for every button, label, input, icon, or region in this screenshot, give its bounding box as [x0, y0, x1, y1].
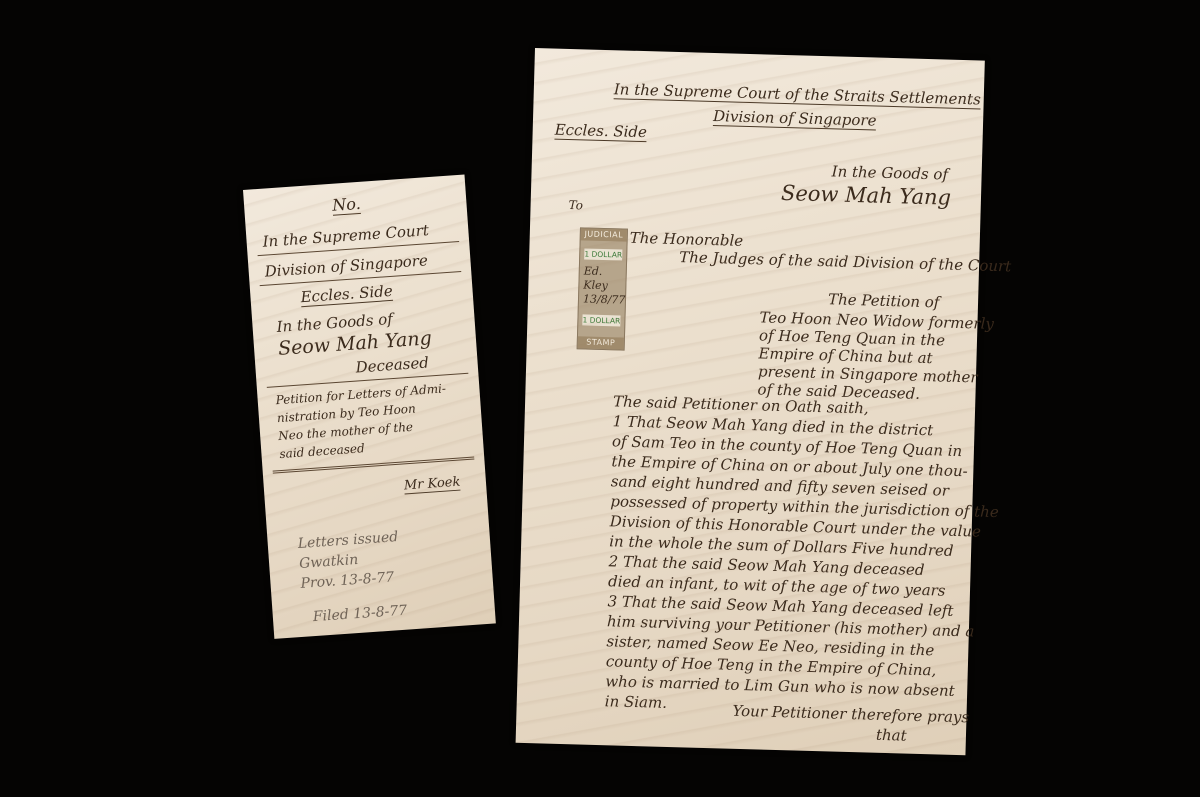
stamp-value-top: 1 DOLLAR [584, 248, 622, 260]
petition-line: Neo the mother of the [278, 421, 414, 442]
body-line: in Siam. [605, 694, 668, 711]
side-label: Eccles. Side [300, 284, 393, 307]
pencil-note: Gwatkin [299, 553, 359, 571]
addressee-line: The Honorable [630, 231, 744, 249]
pencil-note: Letters issued [297, 530, 398, 551]
closing-line: Your Petitioner therefore prays [732, 704, 969, 726]
docket-number: No. [332, 196, 362, 216]
stamp-top-label: JUDICIAL [581, 228, 627, 241]
stamp-cancellation: Ed. Kley 13/8/77 [583, 264, 622, 309]
filed-date: Filed 13-8-77 [312, 604, 407, 625]
closing-line: that [876, 728, 907, 744]
side-label: Eccles. Side [554, 123, 647, 143]
stamp-value-bottom: 1 DOLLAR [582, 314, 620, 326]
deceased-name: Seow Mah Yang [781, 183, 952, 209]
to-label: To [568, 199, 583, 211]
petition-document: In the Supreme Court of the Straits Sett… [516, 48, 985, 755]
petition-of-label: The Petition of [828, 292, 940, 310]
court-heading: In the Supreme Court of the Straits Sett… [614, 82, 981, 109]
deceased-label: Deceased [355, 355, 429, 375]
addressee-line: The Judges of the said Division of the C… [679, 250, 1011, 274]
judicial-stamp: JUDICIAL 1 DOLLAR Ed. Kley 13/8/77 1 DOL… [577, 227, 628, 350]
petition-line: said deceased [279, 442, 365, 460]
pencil-note: Prov. 13-8-77 [300, 570, 394, 591]
petition-line: Petition for Letters of Admi- [275, 382, 446, 406]
division-heading: Division of Singapore [713, 109, 877, 131]
stamp-bottom-label: STAMP [578, 336, 624, 349]
docket-document: No. In the Supreme Court Division of Sin… [243, 175, 496, 639]
solicitor-name: Mr Koek [404, 476, 461, 495]
goods-of-label: In the Goods of [831, 164, 948, 182]
